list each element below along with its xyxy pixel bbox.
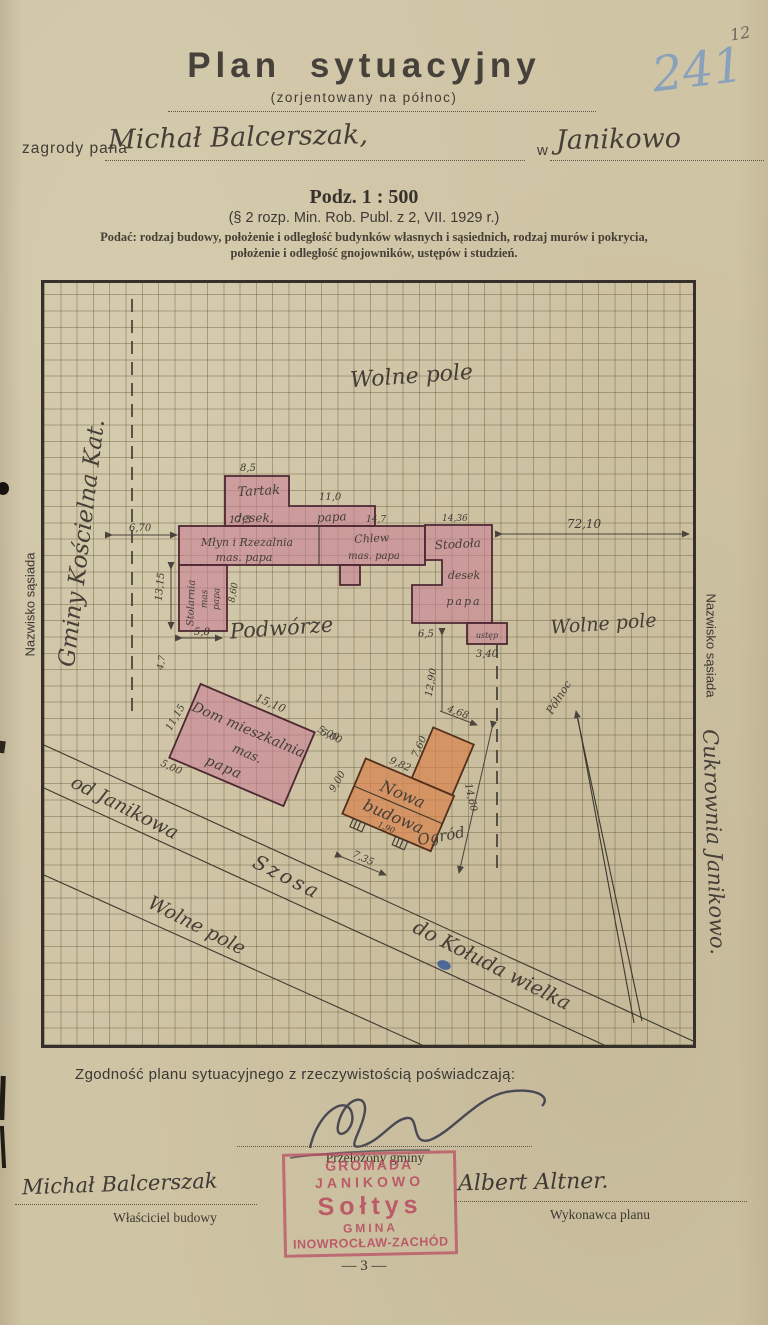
location-name-handwritten: Janikowo <box>556 123 681 156</box>
north-arrow <box>576 711 642 1021</box>
road-name-label: Szosa <box>249 849 325 904</box>
building-dom-group: Dom mieszkalnia mas. papa 15,10 <box>169 669 321 806</box>
dim-tartak-width: 8,5 <box>240 463 256 474</box>
tartak-label: Tartak <box>237 483 280 500</box>
page-number: — 3 — <box>0 1258 728 1275</box>
road-to-label: do Kołuda wielka <box>409 915 575 1015</box>
stolarnia-material1-label: mas <box>200 589 211 608</box>
dim-chlew-width: 14,7 <box>366 515 386 525</box>
dim-nowa-wing-top: 4,68 <box>445 703 471 721</box>
tartak-material2-label: papa <box>317 509 347 525</box>
building-annex-small <box>340 565 360 585</box>
stamp-line3: Sołtys <box>317 1191 423 1222</box>
field-right-label: Wolne pole <box>550 609 657 638</box>
chlew-label: Chlew <box>354 531 390 546</box>
signature-center-rule <box>237 1146 532 1147</box>
location-prefix-label: w <box>537 142 548 159</box>
stodola-label: Stodoła <box>434 536 481 552</box>
dim-field-right: 72,10 <box>567 517 602 531</box>
road-edge-middle <box>44 788 604 1045</box>
dim-left-gap: 6,70 <box>129 523 152 534</box>
dim-stodola-width: 14,36 <box>442 514 468 524</box>
ink-blot <box>436 958 452 971</box>
signature-planner: Albert Altner. <box>458 1169 609 1197</box>
instructions-line1: Podać: rodzaj budowy, położenie i odległ… <box>0 230 748 245</box>
scanned-document-page: 12 241 Plan sytuacyjny (zorjentowany na … <box>0 0 768 1325</box>
field-bottom-label: Wolne pole <box>144 892 249 960</box>
location-rule <box>550 160 764 161</box>
stamp-line2: JANIKOWO <box>315 1172 424 1190</box>
mlyn-material-label: mas. papa <box>216 551 273 564</box>
instructions-line2: położenie i odległość gnojowników, ustęp… <box>0 246 748 261</box>
dim-stodola-gap: 6,5 <box>418 629 434 640</box>
dim-nowa-left: 9,00 <box>328 769 349 794</box>
dim-yard-depth: 12,90 <box>424 667 440 698</box>
stamp-line4: GMINA <box>343 1222 398 1237</box>
stolarnia-label: Stolarnia <box>185 579 198 626</box>
page-title: Plan sytuacyjny <box>0 46 728 86</box>
neighbor-name-right-handwritten: Cukrownia Janikowo. <box>697 687 732 998</box>
signature-right-rule <box>455 1201 747 1202</box>
dim-stolarnia-width: 5,8 <box>194 627 210 638</box>
north-arrow-stroke <box>578 719 634 1023</box>
dim-stolarnia-height: 13,15 <box>154 572 167 601</box>
page-subtitle: (zorjentowany na północ) <box>0 90 728 105</box>
edge-ink-mark <box>0 1076 6 1120</box>
signature-left-rule <box>15 1204 257 1205</box>
stolarnia-material2-label: papa <box>212 588 223 611</box>
site-plan-drawing: Północ Tartak desek, papa 8,5 11,0 Młyn … <box>44 283 693 1045</box>
edge-ink-mark <box>0 1126 6 1168</box>
stamp-line5: INOWROCŁAW-ZACHÓD <box>293 1235 449 1253</box>
dim-ustep-width: 3,40 <box>476 649 499 660</box>
binding-hole <box>0 482 9 495</box>
stodola-material1-label: desek <box>448 569 481 582</box>
role-left-label: Właściciel budowy <box>60 1210 270 1226</box>
regulation-reference: (§ 2 rozp. Min. Rob. Publ. z 2, VII. 192… <box>0 210 728 226</box>
graph-paper-grid: Północ Tartak desek, papa 8,5 11,0 Młyn … <box>41 280 696 1048</box>
signature-owner: Michał Balcerszak <box>22 1169 218 1200</box>
dim-mlyn-width: 17,3 <box>229 515 251 526</box>
road-edge-lower <box>44 875 422 1045</box>
stamp-line1: GROMADA <box>325 1157 413 1175</box>
field-top-label: Wolne pole <box>349 360 473 394</box>
courtyard-label: Podwórze <box>228 612 334 643</box>
stodola-material2-label: papa <box>446 595 481 608</box>
dim-below-stolarnia: 4,7 <box>156 654 169 671</box>
role-right-label: Wykonawca planu <box>495 1207 705 1223</box>
ustep-label: ustęp <box>476 631 498 640</box>
scale-label: Podz. 1 : 500 <box>0 186 728 209</box>
owner-rule <box>105 160 525 161</box>
north-label: Północ <box>543 678 574 717</box>
dim-tartak-ext: 11,0 <box>319 492 342 503</box>
chlew-material-label: mas. papa <box>348 551 400 562</box>
subtitle-rule <box>168 111 596 112</box>
owner-name-handwritten: Michał Balcerszak, <box>108 119 369 155</box>
dim-stolarnia-side: 8,60 <box>227 582 240 604</box>
edge-ink-mark <box>0 741 6 754</box>
neighbor-label-left: Nazwisko sąsiada <box>23 530 38 680</box>
municipal-stamp: GROMADA JANIKOWO Sołtys GMINA INOWROCŁAW… <box>282 1150 458 1258</box>
mlyn-label: Młyn i Rzezalnia <box>200 536 293 549</box>
dim-nowa-right: 14,60 <box>462 782 479 813</box>
